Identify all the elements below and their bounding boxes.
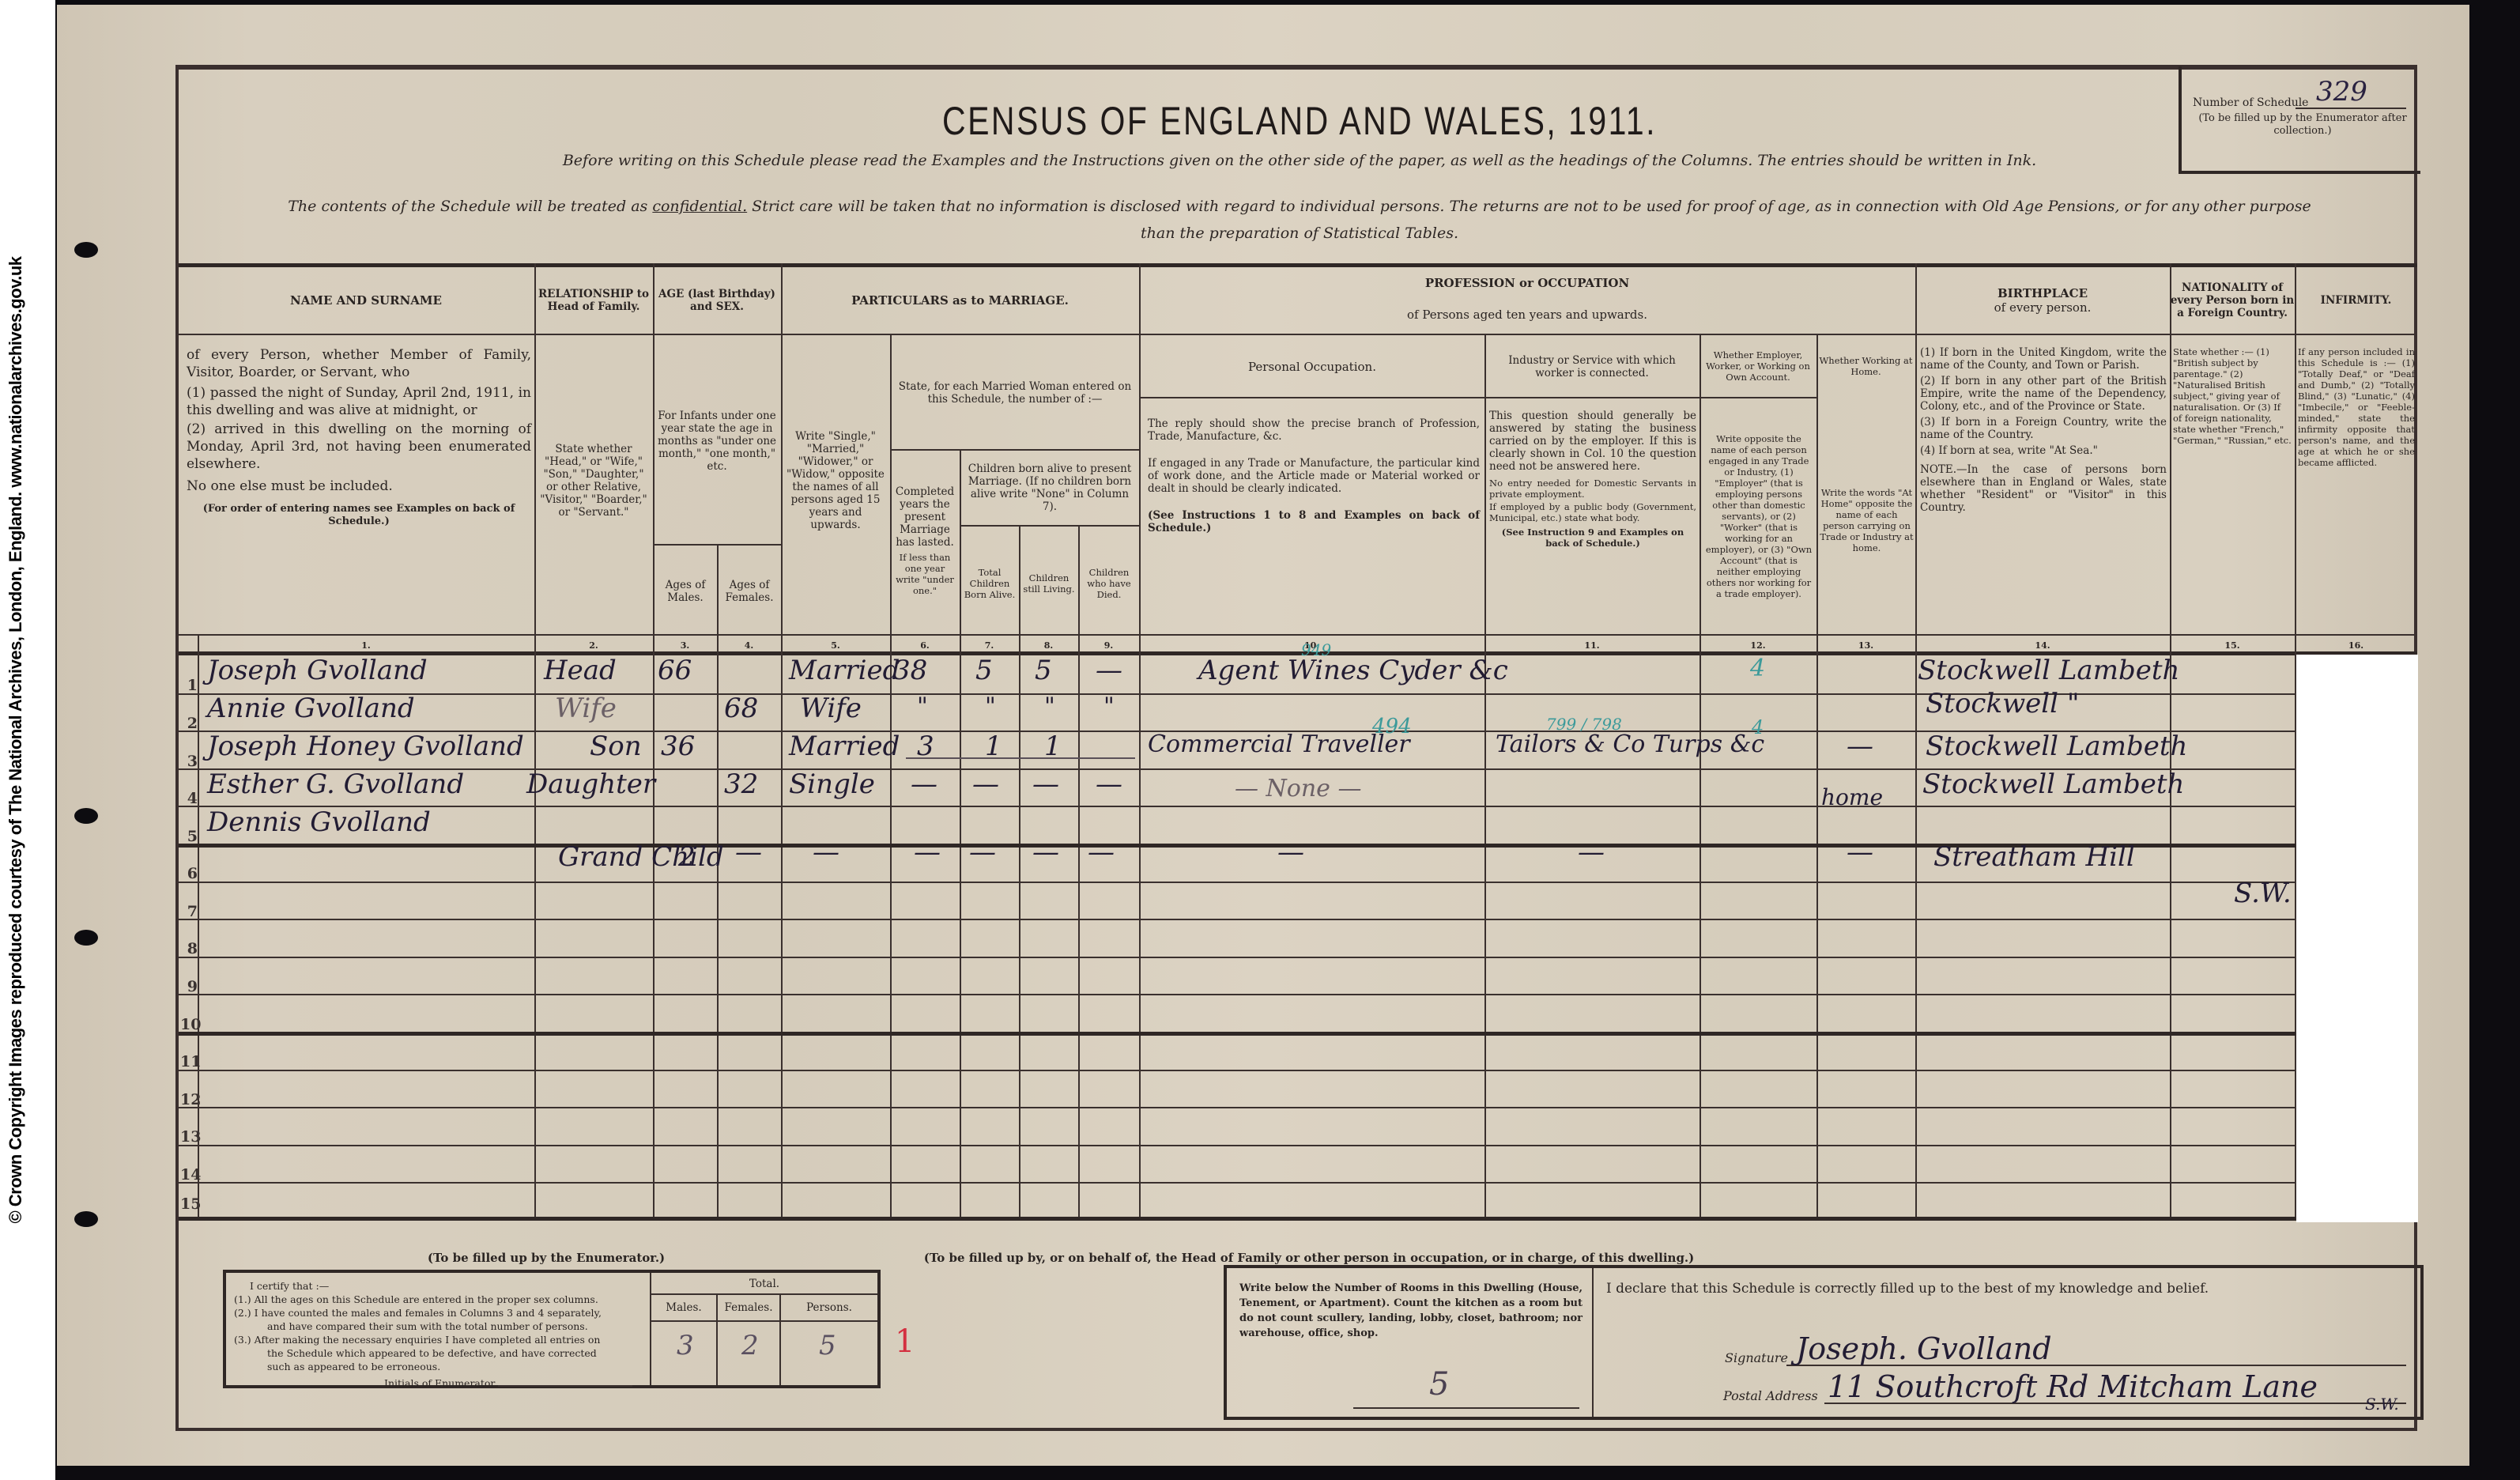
entry-industry-code: 799 / 798 <box>1546 715 1622 734</box>
entry-relationship[interactable]: Daughter <box>526 768 655 800</box>
entry-name[interactable]: Annie Gvolland <box>207 693 415 724</box>
entry-age-male[interactable]: 66 <box>658 655 692 686</box>
row-number: 13 <box>180 1128 198 1146</box>
total-males[interactable]: 3 <box>677 1330 694 1361</box>
rooms-instruction: Write below the Number of Rooms in this … <box>1239 1281 1583 1341</box>
row-number: 10 <box>180 1016 198 1033</box>
name-item1: (1) passed the night of Sunday, April 2n… <box>187 384 531 419</box>
entry-employer[interactable]: 4 <box>1750 655 1765 682</box>
header-name: NAME AND SURNAME <box>198 267 534 334</box>
col-rule <box>1699 334 1701 1217</box>
entry-occupation-code: 494 <box>1372 715 1412 738</box>
header-birthplace-desc: (1) If born in the United Kingdom, write… <box>1920 346 2167 623</box>
punch-hole <box>74 930 98 946</box>
females-label: Females. <box>718 1295 779 1320</box>
industry-desc-3: If employed by a public body (Government… <box>1489 501 1696 523</box>
entry-name[interactable]: Esther G. Gvolland <box>207 768 464 800</box>
colnum-5: 5. <box>781 640 890 655</box>
row-rule <box>179 806 2417 807</box>
entry-condition[interactable]: Single <box>789 768 875 800</box>
cert-2b: and have compared their sum with the tot… <box>234 1320 645 1333</box>
entry-birthplace[interactable]: Streatham Hill <box>1933 841 2135 873</box>
name-order-note: (For order of entering names see Example… <box>187 503 531 528</box>
header-years-married: Completed years the present Marriage has… <box>892 449 958 632</box>
name-no-one-else: No one else must be included. <box>187 478 393 495</box>
col-rule <box>1484 334 1486 1217</box>
colnum-12: 12. <box>1699 640 1816 655</box>
punch-hole <box>74 808 98 824</box>
entry-employer[interactable]: 4 <box>1752 716 1764 738</box>
header-occupation: PROFESSION or OCCUPATION <box>1139 267 1915 299</box>
entry-relationship[interactable]: Son <box>590 731 642 762</box>
header-relationship-desc: State whether "Head," or "Wife," "Son," … <box>539 370 648 591</box>
header-age: AGE (last Birthday) and SEX. <box>653 267 781 334</box>
census-schedule-form: CENSUS OF ENGLAND AND WALES, 1911. Befor… <box>175 65 2417 1431</box>
years-married-label: Completed years the present Marriage has… <box>892 485 958 549</box>
males-label: Males. <box>651 1295 716 1320</box>
colnum-15: 15. <box>2170 640 2295 655</box>
entry-birthplace[interactable]: Stockwell Lambeth <box>1918 655 2179 686</box>
header-nationality-desc: State whether :— (1) "British subject by… <box>2173 346 2292 623</box>
ink-instruction: Before writing on this Schedule please r… <box>179 152 2420 169</box>
entry-birthplace[interactable]: Stockwell " <box>1926 688 2080 719</box>
industry-desc-2: No entry needed for Domestic Servants in… <box>1489 478 1696 500</box>
entry-condition[interactable]: — <box>813 836 839 868</box>
schedule-number-label: Number of Schedule <box>2193 96 2308 109</box>
colnum-7: 7. <box>960 640 1019 655</box>
col-rule <box>1078 525 1080 1217</box>
entry-children-died[interactable]: — <box>1096 768 1122 800</box>
total-persons[interactable]: 5 <box>819 1330 836 1361</box>
entry-birthplace[interactable]: Stockwell Lambeth <box>1922 768 2184 800</box>
rooms-count[interactable]: 5 <box>1429 1366 1449 1403</box>
birthplace-item4: (4) If born at sea, write "At Sea." <box>1920 444 2098 457</box>
row-rule <box>179 1107 2417 1108</box>
header-nationality: NATIONALITY of every Person born in a Fo… <box>2170 267 2295 334</box>
header-employer-desc: Write opposite the name of each person e… <box>1703 400 1815 632</box>
address-value-line2[interactable]: S.W. <box>2365 1395 2399 1414</box>
address-value[interactable]: 11 Southcroft Rd Mitcham Lane <box>1828 1369 2318 1404</box>
colnum-13: 13. <box>1816 640 1915 655</box>
header-birthplace: BIRTHPLACE of every person. <box>1915 267 2170 334</box>
entry-age-female[interactable]: — <box>735 836 762 868</box>
row-rule <box>179 693 2417 695</box>
cert-3c: such as appeared to be erroneous. <box>234 1360 645 1373</box>
colnum-top-rule <box>179 634 2417 636</box>
birthplace-item1: (1) If born in the United Kingdom, write… <box>1920 346 2167 372</box>
household-rule <box>1592 1268 1594 1417</box>
row-number: 2 <box>180 715 198 732</box>
years-married-note: If less than one year write "under one." <box>892 552 958 596</box>
schedule-number-value[interactable]: 329 <box>2316 76 2367 108</box>
row-rule <box>179 994 2417 995</box>
colnum-9: 9. <box>1078 640 1139 655</box>
entry-occupation[interactable]: — None — <box>1235 775 1361 802</box>
personal-desc-3: (See Instructions 1 to 8 and Examples on… <box>1148 509 1480 534</box>
row-number: 11 <box>180 1053 198 1070</box>
header-infirmity: INFIRMITY. <box>2295 267 2417 334</box>
entry-occupation-code: 949 <box>1301 640 1331 659</box>
enumerator-certification: I certify that :— (1.) All the ages on t… <box>234 1279 645 1390</box>
punch-hole <box>74 1211 98 1227</box>
entry-total-children[interactable]: — <box>969 836 996 868</box>
occupation-subrule-left <box>1140 397 1484 398</box>
rows-bottom-rule <box>179 1217 2417 1221</box>
entry-children-living[interactable]: — <box>1032 768 1059 800</box>
row-number: 15 <box>180 1195 198 1213</box>
row-number: 8 <box>180 940 198 957</box>
row-rule <box>179 919 2417 920</box>
colnum-8: 8. <box>1019 640 1078 655</box>
confidential-notice: The contents of the Schedule will be tre… <box>179 198 2420 215</box>
entry-relationship[interactable]: Grand Child <box>558 841 724 873</box>
entry-years-married[interactable]: " <box>917 693 928 720</box>
entry-children-living[interactable]: — <box>1032 836 1059 868</box>
certify-label: I certify that :— <box>234 1279 645 1293</box>
redacted-infirmity-block <box>2296 655 2418 1222</box>
entry-birthplace[interactable]: Stockwell Lambeth <box>1926 731 2187 762</box>
row-number: 1 <box>180 677 198 694</box>
entry-relationship[interactable]: Head <box>544 655 617 686</box>
col-rule <box>534 263 536 1217</box>
header-personal-desc: The reply should show the precise branch… <box>1148 417 1480 623</box>
header-condition-desc: Write "Single," "Married," "Widower," or… <box>784 354 887 607</box>
household-box: Write below the Number of Rooms in this … <box>1224 1265 2424 1420</box>
col-rule <box>1019 525 1020 1217</box>
initials-label: Initials of Enumerator <box>384 1377 495 1389</box>
colnum-11: 11. <box>1484 640 1699 655</box>
header-personal-occupation: Personal Occupation. <box>1143 338 1481 395</box>
col-rule <box>1139 263 1141 1217</box>
birthplace-subtitle: of every person. <box>1994 300 2092 315</box>
header-at-home: Whether Working at Home. <box>1818 337 1914 395</box>
personal-desc-1: The reply should show the precise branch… <box>1148 417 1480 443</box>
entry-years-married[interactable]: — <box>911 768 937 800</box>
entry-years-married[interactable]: — <box>914 836 941 868</box>
entry-industry[interactable]: Tailors & Co Turps &c <box>1496 731 1764 758</box>
header-relationship: RELATIONSHIP to Head of Family. <box>534 267 653 334</box>
entry-children-died[interactable]: " <box>1103 693 1115 720</box>
name-intro: of every Person, whether Member of Famil… <box>187 346 531 381</box>
row-number: 4 <box>180 790 198 807</box>
entry-name[interactable]: Joseph Honey Gvolland <box>207 731 524 762</box>
col-rule <box>653 263 655 1217</box>
header-employer: Whether Employer, Worker, or Working on … <box>1701 337 1815 395</box>
header-children-born: Children born alive to present Marriage.… <box>963 452 1137 523</box>
row-number: 7 <box>180 903 198 920</box>
colnum-14: 14. <box>1915 640 2170 655</box>
row-number: 14 <box>180 1166 198 1184</box>
header-name-desc: of every Person, whether Member of Famil… <box>187 346 531 623</box>
row-number: 9 <box>180 978 198 995</box>
name-item2: (2) arrived in this dwelling on the morn… <box>187 421 531 473</box>
entry-name[interactable]: Joseph Gvolland <box>207 655 428 686</box>
row-number: 6 <box>180 865 198 882</box>
header-total-children: Total Children Born Alive. <box>961 544 1018 623</box>
colnum-2: 2. <box>534 640 653 655</box>
birthplace-note: NOTE.—In the case of persons born elsewh… <box>1920 463 2167 514</box>
cert-3b: the Schedule which appeared to be defect… <box>234 1346 645 1360</box>
total-label: Total. <box>651 1274 877 1293</box>
row-number: 12 <box>180 1091 198 1108</box>
header-children-died: Children who have Died. <box>1080 544 1138 623</box>
header-age-desc: For Infants under one year state the age… <box>656 362 778 520</box>
header-age-females: Ages of Females. <box>719 552 780 631</box>
birthplace-item3: (3) If born in a Foreign Country, write … <box>1920 416 2167 441</box>
row-number: 5 <box>180 828 198 845</box>
header-marriage: PARTICULARS as to MARRIAGE. <box>781 267 1139 334</box>
colnum-3: 3. <box>653 640 717 655</box>
colnum-16: 16. <box>2295 640 2417 655</box>
header-at-home-desc: Write the words "At Home" opposite the n… <box>1820 433 1914 607</box>
entry-age-female[interactable]: 32 <box>724 768 758 800</box>
total-females[interactable]: 2 <box>741 1330 759 1361</box>
marriage-subrule-2 <box>961 525 1140 527</box>
copyright-notice: © Crown Copyright Images reproduced cour… <box>5 5 27 1475</box>
initials-row: Initials of Enumerator <box>234 1376 645 1390</box>
header-industry-desc: This question should generally be answer… <box>1489 410 1696 631</box>
schedule-number-underline <box>2296 108 2406 109</box>
row-number: 3 <box>180 753 198 770</box>
enumerator-box: I certify that :— (1.) All the ages on t… <box>223 1270 881 1388</box>
declaration-text: I declare that this Schedule is correctl… <box>1606 1281 2412 1297</box>
initials-field[interactable] <box>498 1377 632 1387</box>
enum-rule <box>650 1320 877 1322</box>
schedule-number-box: Number of Schedule 329 (To be filled up … <box>2179 66 2420 174</box>
entry-industry[interactable]: — <box>1578 836 1605 868</box>
birthplace-title: BIRTHPLACE <box>1998 286 2088 300</box>
entry-condition[interactable]: Married <box>789 655 900 686</box>
entry-name[interactable]: Dennis Gvolland <box>207 806 431 838</box>
occupation-subrule <box>1484 397 1816 398</box>
cert-1: (1.) All the ages on this Schedule are e… <box>234 1293 645 1306</box>
row-rule <box>179 1070 2417 1071</box>
entry-age-female[interactable]: 68 <box>724 693 758 724</box>
page-title: CENSUS OF ENGLAND AND WALES, 1911. <box>380 98 2219 144</box>
entry-condition[interactable]: Wife <box>800 693 862 724</box>
entry-relationship[interactable]: Wife <box>555 693 617 724</box>
header-married-woman: State, for each Married Woman entered on… <box>893 338 1137 447</box>
schedule-number-note: (To be filled up by the Enumerator after… <box>2188 112 2417 138</box>
entry-at-home[interactable]: home <box>1821 784 1883 810</box>
birthplace-item2: (2) If born in any other part of the Bri… <box>1920 375 2167 413</box>
entry-total-children[interactable]: " <box>985 693 996 720</box>
col-rule <box>1816 334 1818 1217</box>
entry-age-male[interactable]: 2 <box>678 841 696 873</box>
entry-children-died[interactable]: — <box>1096 655 1122 686</box>
colnum-4: 4. <box>717 640 781 655</box>
colnum-6: 6. <box>890 640 960 655</box>
header-sub-rule <box>179 334 2417 335</box>
header-industry: Industry or Service with which worker is… <box>1488 338 1696 395</box>
personal-desc-2: If engaged in any Trade or Manufacture, … <box>1148 457 1480 495</box>
entry-at-home[interactable]: — <box>1847 731 1873 762</box>
row-rule <box>179 1032 2417 1036</box>
row-rule <box>179 957 2417 958</box>
entry-years-married[interactable]: 38 <box>893 655 927 686</box>
address-label: Postal Address <box>1723 1388 1818 1403</box>
entry-children-living[interactable]: " <box>1044 693 1055 720</box>
header-age-males: Ages of Males. <box>655 552 716 631</box>
entry-occupation[interactable]: Agent Wines Cyder &c <box>1198 655 1508 686</box>
header-children-living: Children still Living. <box>1020 544 1077 623</box>
row-rule <box>179 1182 2417 1184</box>
entry-total-children[interactable]: 5 <box>975 655 993 686</box>
col-rule <box>1915 263 1917 1217</box>
row-rule <box>179 1145 2417 1146</box>
colnum-1: 1. <box>198 640 534 655</box>
entry-condition[interactable]: Married <box>789 731 900 762</box>
row-rule <box>179 882 2417 883</box>
entry-birthplace-note[interactable]: S.W. <box>2234 878 2292 909</box>
signature-label: Signature <box>1725 1350 1788 1365</box>
industry-desc-4: (See Instruction 9 and Examples on back … <box>1489 527 1696 549</box>
cert-3a: (3.) After making the necessary enquirie… <box>234 1333 645 1346</box>
header-infirmity-desc: If any person included in this Schedule … <box>2298 346 2415 623</box>
cert-2a: (2.) I have counted the males and female… <box>234 1306 645 1320</box>
confidential-notice-line2: than the preparation of Statistical Tabl… <box>179 225 2420 242</box>
entry-children-died[interactable]: — <box>1088 836 1115 868</box>
industry-desc-1: This question should generally be answer… <box>1489 410 1696 473</box>
rooms-underline <box>1353 1407 1579 1409</box>
persons-label: Persons. <box>781 1295 877 1320</box>
household-heading: (To be filled up by, or on behalf of, th… <box>645 1251 1973 1265</box>
col-rule <box>781 263 783 1217</box>
signature-value[interactable]: Joseph. Gvolland <box>1796 1331 2052 1366</box>
header-occupation-sub: of Persons aged ten years and upwards. <box>1139 299 1915 330</box>
entry-at-home[interactable]: — <box>1847 836 1873 868</box>
entry-occupation[interactable]: — <box>1277 836 1304 868</box>
entry-children-living[interactable]: 5 <box>1035 655 1052 686</box>
punch-hole <box>74 242 98 258</box>
entry-total-children[interactable]: — <box>972 768 999 800</box>
entry-age-male[interactable]: 36 <box>661 731 695 762</box>
strikethrough-mark <box>906 757 1135 759</box>
red-tally-mark: 1 <box>895 1323 915 1360</box>
entry-occupation[interactable]: Commercial Traveller <box>1148 731 1410 758</box>
